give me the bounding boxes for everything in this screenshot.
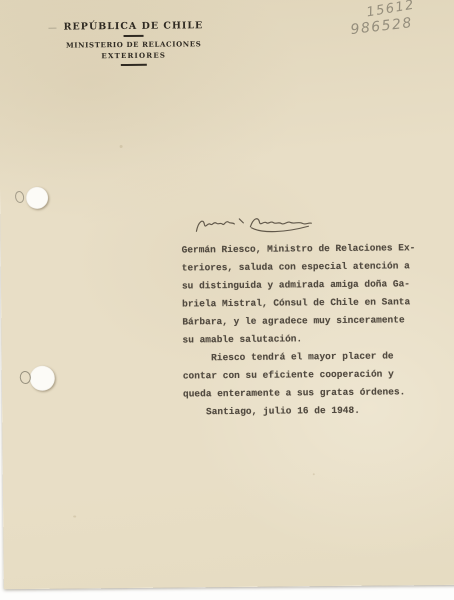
- letter-body: Germán Riesco, Ministro de Relaciones Ex…: [182, 239, 436, 421]
- body-line: Riesco tendrá el mayor placer de: [183, 347, 435, 367]
- archival-number-bottom: 986528: [350, 15, 414, 38]
- pencil-ring-mark-top: [14, 190, 25, 203]
- body-line: contar con su eficiente cooperación y: [183, 365, 435, 385]
- body-line: su distinguida y admirada amiga doña Ga-: [182, 275, 434, 295]
- body-line: su amable salutación.: [182, 329, 434, 349]
- letterhead-ministry-line1: MINISTERIO DE RELACIONES: [59, 39, 209, 49]
- body-line: Germán Riesco, Ministro de Relaciones Ex…: [182, 239, 434, 259]
- letterhead-country: REPÚBLICA DE CHILE: [58, 20, 208, 32]
- body-line: queda enteramente a sus gratas órdenes.: [183, 383, 435, 403]
- scan-canvas: REPÚBLICA DE CHILE MINISTERIO DE RELACIO…: [0, 0, 454, 600]
- body-line: teriores, saluda con especial atención a: [182, 257, 434, 277]
- margin-dash-mark: [48, 28, 56, 29]
- handwriting-ink-icon: [190, 209, 322, 242]
- letterhead: REPÚBLICA DE CHILE MINISTERIO DE RELACIO…: [58, 20, 208, 69]
- body-line: Bárbara, y le agradece muy sinceramente: [182, 311, 434, 331]
- body-line: briela Mistral, Cónsul de Chile en Santa: [182, 293, 434, 313]
- letterhead-rule-bottom: [121, 64, 147, 66]
- punch-hole-bottom: [30, 366, 55, 391]
- letterhead-rule-top: [124, 35, 144, 37]
- handwritten-annotation: [190, 209, 322, 242]
- foxing-speck: [313, 473, 315, 475]
- letterhead-ministry-line2: EXTERIORES: [59, 50, 209, 60]
- body-line-dateline: Santiago, julio 16 de 1948.: [183, 401, 435, 421]
- punch-hole-top: [26, 187, 48, 209]
- foxing-speck: [73, 515, 76, 517]
- foxing-speck: [120, 145, 123, 148]
- letter-page: REPÚBLICA DE CHILE MINISTERIO DE RELACIO…: [0, 0, 454, 589]
